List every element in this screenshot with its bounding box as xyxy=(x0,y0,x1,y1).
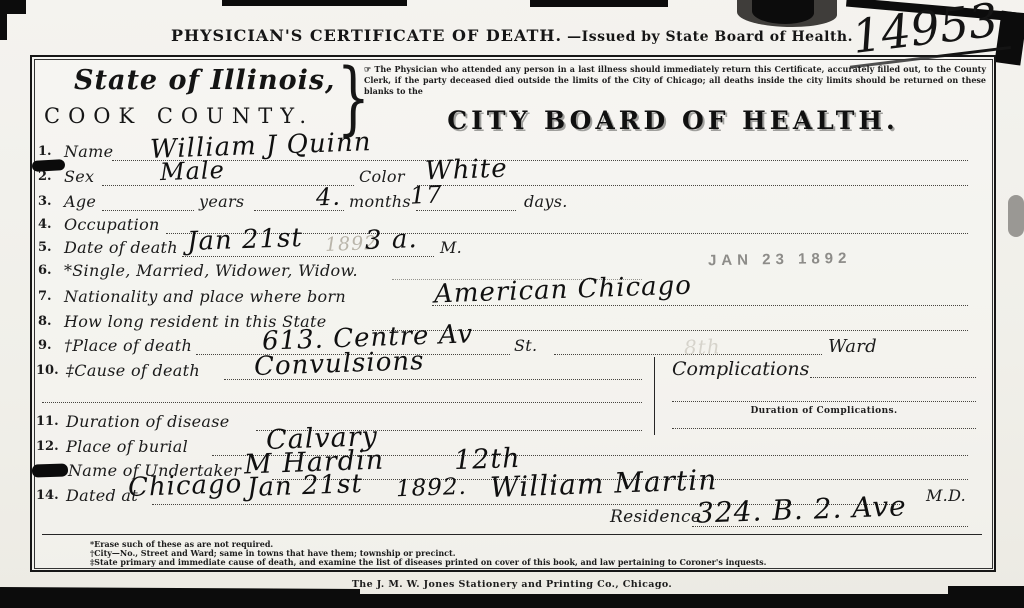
date-of-death-value: Jan 21st xyxy=(187,223,304,257)
city-board-of-health-label: CITY BOARD OF HEALTH. xyxy=(390,106,956,135)
cook-county-label: COOK COUNTY. xyxy=(44,104,314,128)
complications-divider xyxy=(654,357,655,435)
dotted-line xyxy=(810,377,976,378)
cause-of-death-label: ‡Cause of death xyxy=(66,361,200,380)
sex-label: Sex xyxy=(64,167,94,186)
row-number: 14. xyxy=(36,488,59,503)
ink-blot xyxy=(32,463,68,477)
row-number: 8. xyxy=(38,314,52,329)
row-number: 7. xyxy=(38,289,52,304)
footnote: ‡State primary and immediate cause of de… xyxy=(90,557,766,567)
dotted-line xyxy=(417,185,968,186)
dotted-line xyxy=(672,428,976,429)
dotted-line xyxy=(182,256,434,257)
complications-label: Complications xyxy=(672,358,809,380)
days-label: days. xyxy=(524,192,568,211)
residence-label: Residence xyxy=(610,507,701,527)
place-of-burial-label: Place of burial xyxy=(66,437,188,456)
title-subtitle: —Issued by State Board of Health. xyxy=(567,29,853,45)
printer-credit: The J. M. W. Jones Stationery and Printi… xyxy=(0,579,1024,590)
row-number: 12. xyxy=(36,439,59,454)
physician-notice-text: ☞ The Physician who attended any person … xyxy=(364,64,986,97)
md-label: M.D. xyxy=(926,486,966,505)
occupation-label: Occupation xyxy=(64,215,160,234)
scanned-death-certificate: PHYSICIAN'S CERTIFICATE OF DEATH. —Issue… xyxy=(0,0,1024,608)
ward-pencil-value: 8th xyxy=(684,334,721,359)
dated-place-value: Chicago xyxy=(128,469,243,503)
row-number: 3. xyxy=(38,194,52,209)
dotted-line xyxy=(416,210,516,211)
dotted-line xyxy=(672,401,976,402)
duration-of-complications-label: Duration of Complications. xyxy=(672,406,976,416)
row-number: 1. xyxy=(38,144,52,159)
color-label: Color xyxy=(359,167,405,186)
scan-artifact xyxy=(0,594,1024,608)
cause-of-death-value: Convulsions xyxy=(254,346,425,382)
name-label: Name xyxy=(64,142,113,161)
date-of-death-label: Date of death xyxy=(64,238,178,257)
row-number: 10. xyxy=(36,363,59,378)
months-label: months xyxy=(349,192,411,211)
row-number: 2. xyxy=(38,169,52,184)
dated-year-value: 1892. xyxy=(396,474,468,502)
row-number: 6. xyxy=(38,263,52,278)
row-number: 4. xyxy=(38,217,52,232)
row-number: 11. xyxy=(36,414,59,429)
scan-artifact xyxy=(222,0,407,6)
meridiem-label: M. xyxy=(440,238,462,257)
dotted-line xyxy=(42,402,642,403)
row-number: 5. xyxy=(38,240,52,255)
age-label: Age xyxy=(64,192,96,211)
nationality-label: Nationality and place where born xyxy=(64,287,346,306)
footnote-separator xyxy=(42,534,982,535)
ward-label: Ward xyxy=(828,336,877,357)
title-main: PHYSICIAN'S CERTIFICATE OF DEATH. xyxy=(171,26,562,45)
state-of-illinois-label: State of Illinois, xyxy=(74,65,335,96)
duration-of-disease-label: Duration of disease xyxy=(66,412,230,431)
dated-date-value: Jan 21st xyxy=(247,469,364,503)
certificate-form: State of Illinois, COOK COUNTY. } ☞ The … xyxy=(30,55,996,572)
dotted-line xyxy=(102,210,194,211)
place-of-death-label: †Place of death xyxy=(64,336,192,355)
scan-artifact xyxy=(530,0,668,7)
residence-value: 324. B. 2. Ave xyxy=(695,489,907,529)
age-months-value: 4. xyxy=(316,183,342,212)
physician-signature: William Martin xyxy=(489,463,717,504)
received-date-stamp: JAN 23 1892 xyxy=(708,250,852,270)
row-number: 9. xyxy=(38,338,52,353)
years-label: years xyxy=(199,192,244,211)
street-label: St. xyxy=(514,336,537,355)
scan-artifact xyxy=(1008,195,1024,237)
nationality-value: American Chicago xyxy=(434,271,693,310)
age-days-value: 17 xyxy=(410,180,444,209)
marital-status-label: *Single, Married, Widower, Widow. xyxy=(64,261,358,280)
time-of-death-value: 3 a. xyxy=(364,224,418,256)
sex-value: Male xyxy=(160,156,226,186)
